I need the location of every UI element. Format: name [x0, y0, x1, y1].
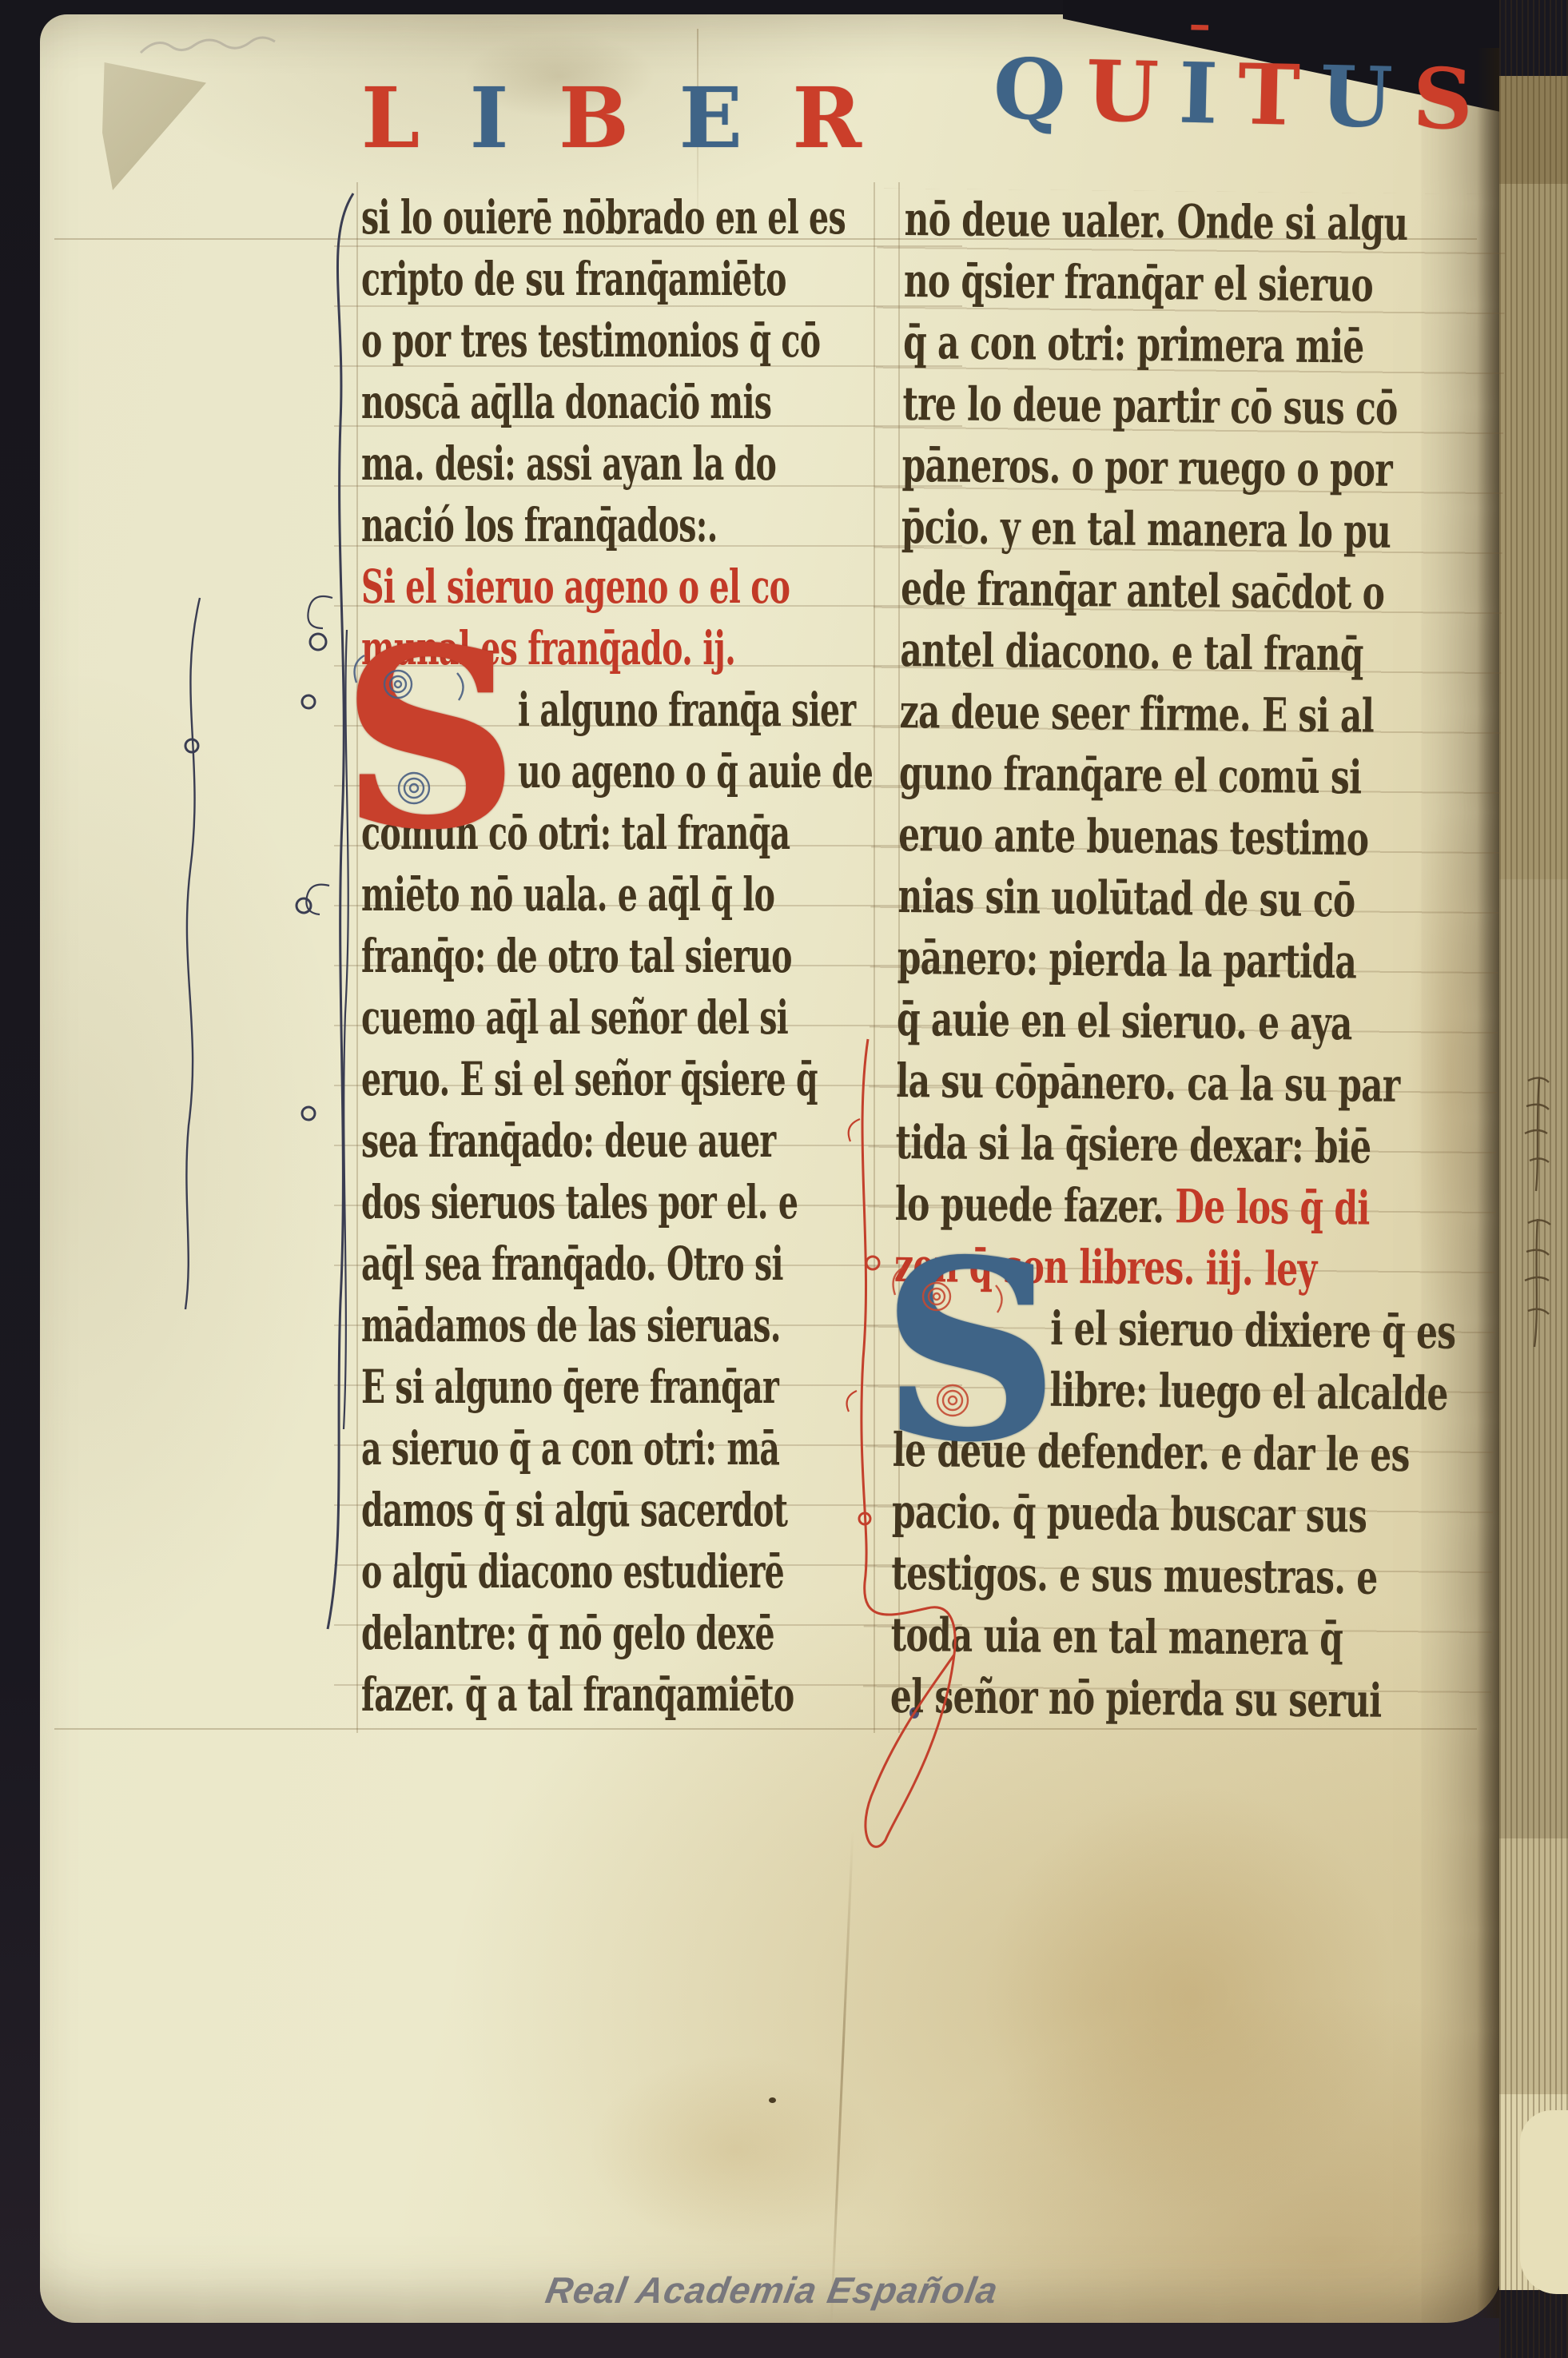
body-text: guno franq̄are el comū si — [899, 746, 1362, 805]
text-line: za deue seer firme. E si al — [899, 681, 1374, 747]
text-line: dos sieruos tales por el. e — [361, 1172, 798, 1233]
body-text: E si alguno q̄ere franq̄ar — [361, 1360, 778, 1414]
body-text: q̄ a con otri: primera miē — [903, 315, 1364, 374]
rubric-text: De los q̄ di — [1175, 1179, 1370, 1235]
margin-flourish-left — [144, 182, 376, 1701]
text-line: nō deue ualer. Onde si algu — [904, 189, 1407, 255]
body-text: uo ageno o q̄ auie de — [518, 744, 873, 799]
title-word-quintus: QUI¯TUS — [993, 47, 1474, 141]
title-letter: S — [1412, 57, 1474, 141]
text-line: pānero: pierda la partida — [897, 927, 1356, 994]
text-line: i el sieruo dixiere q̄ es — [1050, 1298, 1456, 1364]
watermark-text: Real Academia Española — [543, 2268, 1001, 2312]
body-text: delantre: q̄ nō gelo dexē — [361, 1606, 774, 1660]
text-line: si lo ouierē nōbrado en el es — [361, 187, 846, 249]
text-line: mādamos de las sieruas. — [361, 1295, 781, 1356]
title-letter: I¯ — [1178, 51, 1219, 135]
text-line: no q̄sier franq̄ar el sieruo — [904, 250, 1374, 317]
manuscript-photo: LIBER QUI¯TUS si lo ouierē nōbrado en el… — [0, 0, 1568, 2358]
body-text: nō deue ualer. Onde si algu — [904, 192, 1407, 251]
text-line: aq̄l sea franq̄ado. Otro si — [361, 1233, 783, 1295]
body-text: no q̄sier franq̄ar el sieruo — [904, 253, 1374, 313]
body-text: ede franq̄ar antel sac̄dot o — [901, 561, 1385, 620]
text-line: nias sin uolūtad de su cō — [897, 866, 1355, 931]
next-page-corner — [1520, 2110, 1568, 2294]
title-letter: B — [559, 77, 629, 160]
text-line: a sieruo q̄ a con otri: mā — [361, 1418, 779, 1480]
body-text: tre lo deue partir cō sus cō — [902, 376, 1398, 436]
title-letter: I — [470, 77, 509, 160]
text-line: guno franq̄are el comū si — [899, 743, 1362, 809]
text-line: cripto de su franq̄amiēto — [361, 249, 786, 310]
body-text: pāneros. o por ruego o por — [901, 438, 1392, 497]
title-letter: L — [361, 77, 420, 160]
body-text: o por tres testimonios q̄ cō — [361, 313, 820, 368]
title-word-liber: LIBER — [361, 77, 862, 160]
body-text: cripto de su franq̄amiēto — [361, 252, 786, 306]
body-text: si lo ouierē nōbrado en el es — [361, 190, 846, 245]
text-line: pāneros. o por ruego o por — [901, 435, 1392, 501]
text-line: eruo ante buenas testimo — [898, 804, 1369, 870]
body-text: aq̄l sea franq̄ado. Otro si — [361, 1237, 783, 1291]
text-line: noscā aq̄lla donaciō mis — [361, 372, 771, 433]
abbreviation-mark: ¯ — [1184, 20, 1214, 77]
body-text: nias sin uolūtad de su cō — [897, 869, 1355, 927]
text-line: o por tres testimonios q̄ cō — [361, 310, 820, 372]
marginalia-scribble — [1515, 1071, 1563, 1367]
text-line: eruo. E si el señor q̄siere q̄ — [361, 1049, 818, 1110]
pencil-inscription — [134, 18, 310, 74]
body-text: cuemo aq̄l al señor del si — [361, 990, 788, 1045]
body-text: za deue seer firme. E si al — [899, 684, 1374, 743]
body-text: noscā aq̄lla donaciō mis — [361, 375, 771, 429]
body-text: nació los franq̄ados:. — [361, 498, 718, 552]
text-line: sea franq̄ado: deue auer — [361, 1110, 776, 1172]
title-letter: E — [679, 77, 742, 160]
text-line: delantre: q̄ nō gelo dexē — [361, 1603, 774, 1664]
body-text: franq̄o: de otro tal sieruo — [361, 929, 792, 983]
title-letter: T — [1237, 53, 1301, 137]
body-text: mādamos de las sieruas. — [361, 1298, 781, 1352]
text-line: cuemo aq̄l al señor del si — [361, 987, 788, 1049]
text-line: tre lo deue partir cō sus cō — [902, 373, 1398, 440]
body-text: sea franq̄ado: deue auer — [361, 1113, 776, 1168]
body-text: i el sieruo dixiere q̄ es — [1050, 1301, 1456, 1360]
text-line: i alguno franq̄a sier — [518, 679, 856, 741]
body-text: dos sieruos tales por el. e — [361, 1175, 798, 1229]
body-text: antel diacono. e tal franq̄ — [900, 623, 1363, 682]
title-letter: U — [1319, 54, 1394, 139]
title-letter: U — [1085, 50, 1160, 134]
body-text: damos q̄ si algū sacerdot — [361, 1483, 787, 1537]
text-line: damos q̄ si algū sacerdot — [361, 1480, 787, 1541]
text-line: antel diacono. e tal franq̄ — [900, 619, 1363, 686]
text-line: o algū diacono estudierē — [361, 1541, 784, 1603]
text-line: p̄cio. y en tal manera lo pu — [901, 496, 1391, 563]
text-line: ma. desi: assi ayan la do — [361, 433, 776, 495]
body-text: o algū diacono estudierē — [361, 1544, 784, 1599]
body-text: p̄cio. y en tal manera lo pu — [901, 500, 1391, 559]
body-text: eruo ante buenas testimo — [898, 807, 1369, 866]
text-line: E si alguno q̄ere franq̄ar — [361, 1356, 778, 1418]
body-text: a sieruo q̄ a con otri: mā — [361, 1421, 779, 1476]
text-line: uo ageno o q̄ auie de — [518, 741, 873, 803]
body-text: ma. desi: assi ayan la do — [361, 436, 776, 491]
body-text: fazer. q̄ a tal franq̄amiēto — [361, 1667, 794, 1722]
title-letter: Q — [993, 47, 1067, 132]
body-text: pānero: pierda la partida — [897, 930, 1356, 990]
body-text: eruo. E si el señor q̄siere q̄ — [361, 1052, 818, 1106]
title-letter: R — [793, 77, 862, 160]
text-line: ede franq̄ar antel sac̄dot o — [901, 558, 1385, 624]
text-line: libre: luego el alcalde — [1049, 1360, 1448, 1425]
body-text: libre: luego el alcalde — [1049, 1363, 1448, 1421]
text-line: fazer. q̄ a tal franq̄amiēto — [361, 1664, 794, 1726]
text-line: q̄ a con otri: primera miē — [903, 312, 1364, 378]
text-line: franq̄o: de otro tal sieruo — [361, 926, 792, 987]
body-text: i alguno franq̄a sier — [518, 683, 856, 737]
ink-speck — [769, 2097, 776, 2103]
text-line: nació los franq̄ados:. — [361, 495, 718, 556]
margin-flourish-red — [815, 1023, 999, 1894]
